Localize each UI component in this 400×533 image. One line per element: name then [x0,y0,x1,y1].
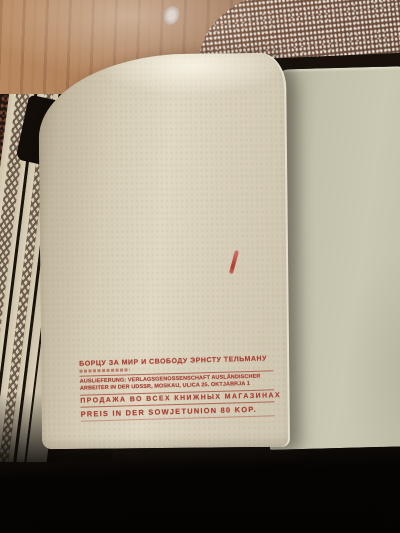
book-photo: БОРЦУ ЗА МИР И СВОБОДУ ЭРНСТУ ТЕЛЬМАНУ A… [0,0,400,533]
colophon-block: БОРЦУ ЗА МИР И СВОБОДУ ЭРНСТУ ТЕЛЬМАНУ A… [79,355,275,423]
fine-print-line [79,368,129,372]
white-paint-spot [162,4,181,26]
